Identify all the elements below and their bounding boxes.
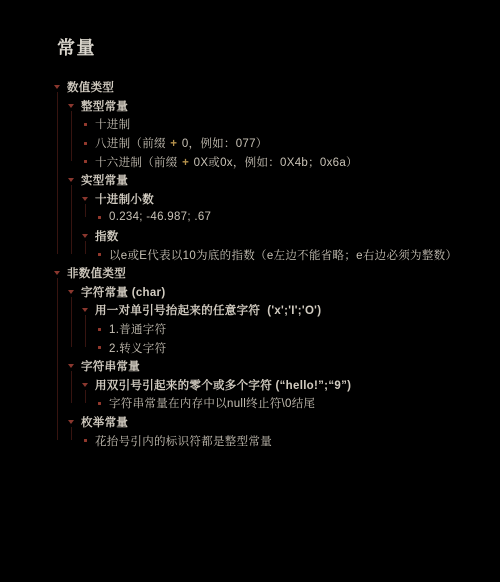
- outline-item[interactable]: 非数值类型: [0, 264, 500, 283]
- outline-item[interactable]: 八进制（前缀 + 0，例如：077）: [0, 134, 500, 153]
- bullet-icon: [95, 253, 103, 256]
- bullet-glyph: [84, 439, 87, 442]
- outline-item[interactable]: 2.转义字符: [0, 338, 500, 357]
- triangle-glyph: [82, 234, 88, 238]
- triangle-glyph: [82, 308, 88, 312]
- tree-guide-line: [85, 204, 86, 218]
- outline-item[interactable]: 字符串常量: [0, 357, 500, 376]
- outline-item[interactable]: 字符常量 (char): [0, 283, 500, 302]
- bullet-glyph: [98, 216, 101, 219]
- outline-item[interactable]: 用一对单引号抬起来的任意字符 ('x';'I';'O'): [0, 301, 500, 320]
- outline-item-label: 字符串常量在内存中以null终止符\0结尾: [109, 395, 315, 411]
- triangle-glyph: [54, 85, 60, 89]
- tree-guide-line: [57, 92, 58, 254]
- triangle-glyph: [68, 178, 74, 182]
- collapse-triangle-icon[interactable]: [81, 308, 89, 312]
- bullet-glyph: [98, 346, 101, 349]
- outline-item-label: 以e或E代表以10为底的指数（e左边不能省略；e右边必须为整数）: [109, 247, 457, 263]
- plus-icon: +: [170, 138, 177, 150]
- outline-item-label: 2.转义字符: [109, 340, 166, 356]
- bullet-icon: [95, 216, 103, 219]
- outline-item-label: 用一对单引号抬起来的任意字符 ('x';'I';'O'): [95, 302, 321, 318]
- tree-guide-line: [85, 390, 86, 404]
- tree-guide-line: [71, 185, 72, 254]
- page-title[interactable]: 常量: [57, 34, 96, 60]
- triangle-glyph: [68, 364, 74, 368]
- tree-guide-line: [71, 111, 72, 162]
- bullet-glyph: [98, 402, 101, 405]
- collapse-triangle-icon[interactable]: [81, 197, 89, 201]
- outline-item-label: 十进制: [95, 116, 130, 132]
- outline-item[interactable]: 花抬号引内的标识符都是整型常量: [0, 431, 500, 450]
- bullet-icon: [95, 346, 103, 349]
- bullet-glyph: [98, 253, 101, 256]
- outline-item[interactable]: 枚举常量: [0, 413, 500, 432]
- tree-guide-line: [85, 315, 86, 347]
- bullet-icon: [81, 439, 89, 442]
- bullet-icon: [81, 160, 89, 163]
- outline-item-label: 十六进制（前缀 + 0X或0x，例如：0X4b；0x6a）: [95, 154, 358, 170]
- outline-item[interactable]: 以e或E代表以10为底的指数（e左边不能省略；e右边必须为整数）: [0, 245, 500, 264]
- bullet-glyph: [84, 160, 87, 163]
- outline-item[interactable]: 0.234; -46.987; .67: [0, 208, 500, 227]
- bullet-glyph: [98, 328, 101, 331]
- collapse-triangle-icon[interactable]: [67, 104, 75, 108]
- outline-item-label: 整型常量: [81, 98, 128, 114]
- plus-icon: +: [182, 157, 189, 169]
- outline-item-label: 十进制小数: [95, 191, 154, 207]
- outline-item-label: 用双引号引起来的零个或多个字符 (“hello!”;“9”): [95, 377, 351, 393]
- outline-item-label: 指数: [95, 228, 119, 244]
- outline-item[interactable]: 数值类型: [0, 78, 500, 97]
- outline-item[interactable]: 整型常量: [0, 97, 500, 116]
- outline-item[interactable]: 实型常量: [0, 171, 500, 190]
- tree-guide-line: [71, 371, 72, 403]
- outline-item[interactable]: 十进制: [0, 115, 500, 134]
- outline-item[interactable]: 十进制小数: [0, 190, 500, 209]
- outline-item[interactable]: 指数: [0, 227, 500, 246]
- outline-item-label: 花抬号引内的标识符都是整型常量: [95, 433, 272, 449]
- triangle-glyph: [82, 197, 88, 201]
- collapse-triangle-icon[interactable]: [67, 178, 75, 182]
- outline-item[interactable]: 字符串常量在内存中以null终止符\0结尾: [0, 394, 500, 413]
- collapse-triangle-icon[interactable]: [81, 234, 89, 238]
- outline-item[interactable]: 用双引号引起来的零个或多个字符 (“hello!”;“9”): [0, 376, 500, 395]
- collapse-triangle-icon[interactable]: [53, 271, 61, 275]
- outline-item-label: 1.普通字符: [109, 321, 166, 337]
- outline-item-label: 数值类型: [67, 79, 114, 95]
- bullet-icon: [81, 123, 89, 126]
- outline-item-label: 字符常量 (char): [81, 284, 165, 300]
- outline-item-label: 字符串常量: [81, 358, 140, 374]
- outline-item-label: 实型常量: [81, 172, 128, 188]
- triangle-glyph: [68, 290, 74, 294]
- tree-guide-line: [71, 427, 72, 441]
- collapse-triangle-icon[interactable]: [67, 290, 75, 294]
- outline-item-label: 八进制（前缀 + 0，例如：077）: [95, 135, 268, 151]
- mindmap-canvas: 常量 数值类型整型常量十进制八进制（前缀 + 0，例如：077）十六进制（前缀 …: [0, 0, 500, 582]
- collapse-triangle-icon[interactable]: [81, 383, 89, 387]
- collapse-triangle-icon[interactable]: [53, 85, 61, 89]
- collapse-triangle-icon[interactable]: [67, 420, 75, 424]
- outline-item-label: 非数值类型: [67, 265, 126, 281]
- tree-guide-line: [57, 278, 58, 440]
- tree-guide-line: [85, 241, 86, 255]
- outline: 数值类型整型常量十进制八进制（前缀 + 0，例如：077）十六进制（前缀 + 0…: [0, 78, 500, 450]
- triangle-glyph: [68, 420, 74, 424]
- bullet-icon: [95, 402, 103, 405]
- outline-item-label: 0.234; -46.987; .67: [109, 211, 211, 223]
- bullet-glyph: [84, 142, 87, 145]
- bullet-glyph: [84, 123, 87, 126]
- triangle-glyph: [68, 104, 74, 108]
- bullet-icon: [81, 142, 89, 145]
- tree-guide-line: [71, 297, 72, 348]
- outline-item-label: 枚举常量: [81, 414, 128, 430]
- triangle-glyph: [54, 271, 60, 275]
- collapse-triangle-icon[interactable]: [67, 364, 75, 368]
- bullet-icon: [95, 328, 103, 331]
- outline-item[interactable]: 1.普通字符: [0, 320, 500, 339]
- triangle-glyph: [82, 383, 88, 387]
- outline-item[interactable]: 十六进制（前缀 + 0X或0x，例如：0X4b；0x6a）: [0, 152, 500, 171]
